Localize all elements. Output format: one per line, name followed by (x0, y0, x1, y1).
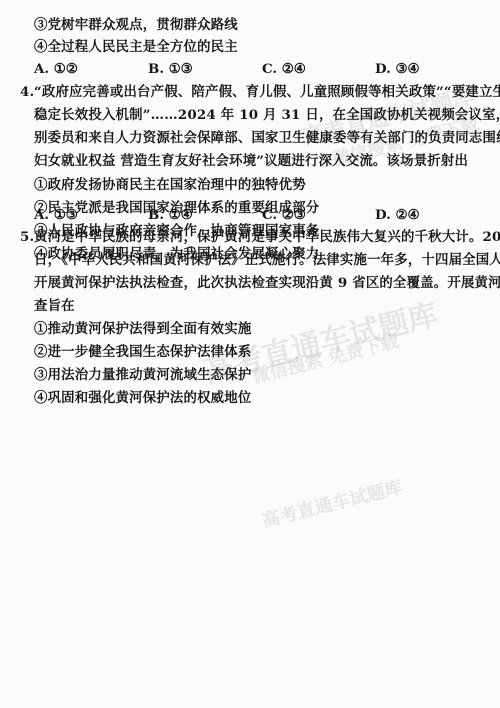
statement: ②进一步健全我国生态保护法律体系 (34, 341, 486, 363)
option-d[interactable]: D. ③④ (375, 58, 419, 80)
option-c[interactable]: C. ②③ (262, 204, 306, 226)
watermark: 高考直通车试题库 (259, 473, 405, 533)
option-b[interactable]: B. ①③ (148, 58, 193, 80)
question-stem: 5.黄河是中华民族的母亲河，保护黄河是事关中华民族伟大复兴的千秋大计。2023 … (20, 226, 486, 248)
question-stem: 日，《中华人民共和国黄河保护法》正式施行。法律实施一年多，十四届全国人大常委会决… (34, 249, 486, 271)
question-stem: 4.“政府应完善或出台产假、陪产假、育儿假、儿童照顾假等相关政策”“要建立生育补… (20, 81, 486, 103)
question-stem: 开展黄河保护法执法检查，此次执法检查实现沿黄 9 省区的全覆盖。开展黄河保护法执… (34, 272, 486, 294)
statement: ①推动黄河保护法得到全面有效实施 (34, 318, 486, 340)
option-c[interactable]: C. ②④ (262, 58, 306, 80)
statement: ①政府发扬协商民主在国家治理中的独特优势 (34, 174, 486, 196)
option-a[interactable]: A. ①② (34, 58, 78, 80)
answer-options: A. ①③ B. ①④ C. ②③ D. ②④ (34, 204, 486, 226)
question-stem: 稳定长效投入机制”……2024 年 10 月 31 日，在全国政协机关视频会议室… (34, 104, 486, 126)
question-stem: 查旨在 (34, 295, 486, 317)
statement: ③党树牢群众观点，贯彻群众路线 (34, 14, 486, 36)
option-d[interactable]: D. ②④ (375, 204, 419, 226)
question-number: 5. (20, 226, 34, 248)
statement: ④巩固和强化黄河保护法的权威地位 (34, 387, 486, 409)
answer-options: A. ①② B. ①③ C. ②④ D. ③④ (34, 58, 486, 80)
option-b[interactable]: B. ①④ (148, 204, 193, 226)
exam-page: 高考直通车试题库 微信搜索 免费下载 高考直通车试题库 微信搜索 免费下载 高考… (0, 0, 500, 708)
question-stem: 别委员和来自人力资源社会保障部、国家卫生健康委等有关部门的负责同志围绕“保障生育 (34, 127, 486, 149)
question-number: 4. (20, 81, 34, 103)
statement: ④全过程人民民主是全方位的民主 (34, 36, 486, 58)
statement: ③用法治力量推动黄河流域生态保护 (34, 364, 486, 386)
option-a[interactable]: A. ①③ (34, 204, 78, 226)
question-stem: 妇女就业权益 营造生育友好社会环境”议题进行深入交流。该场景折射出 (34, 150, 486, 172)
